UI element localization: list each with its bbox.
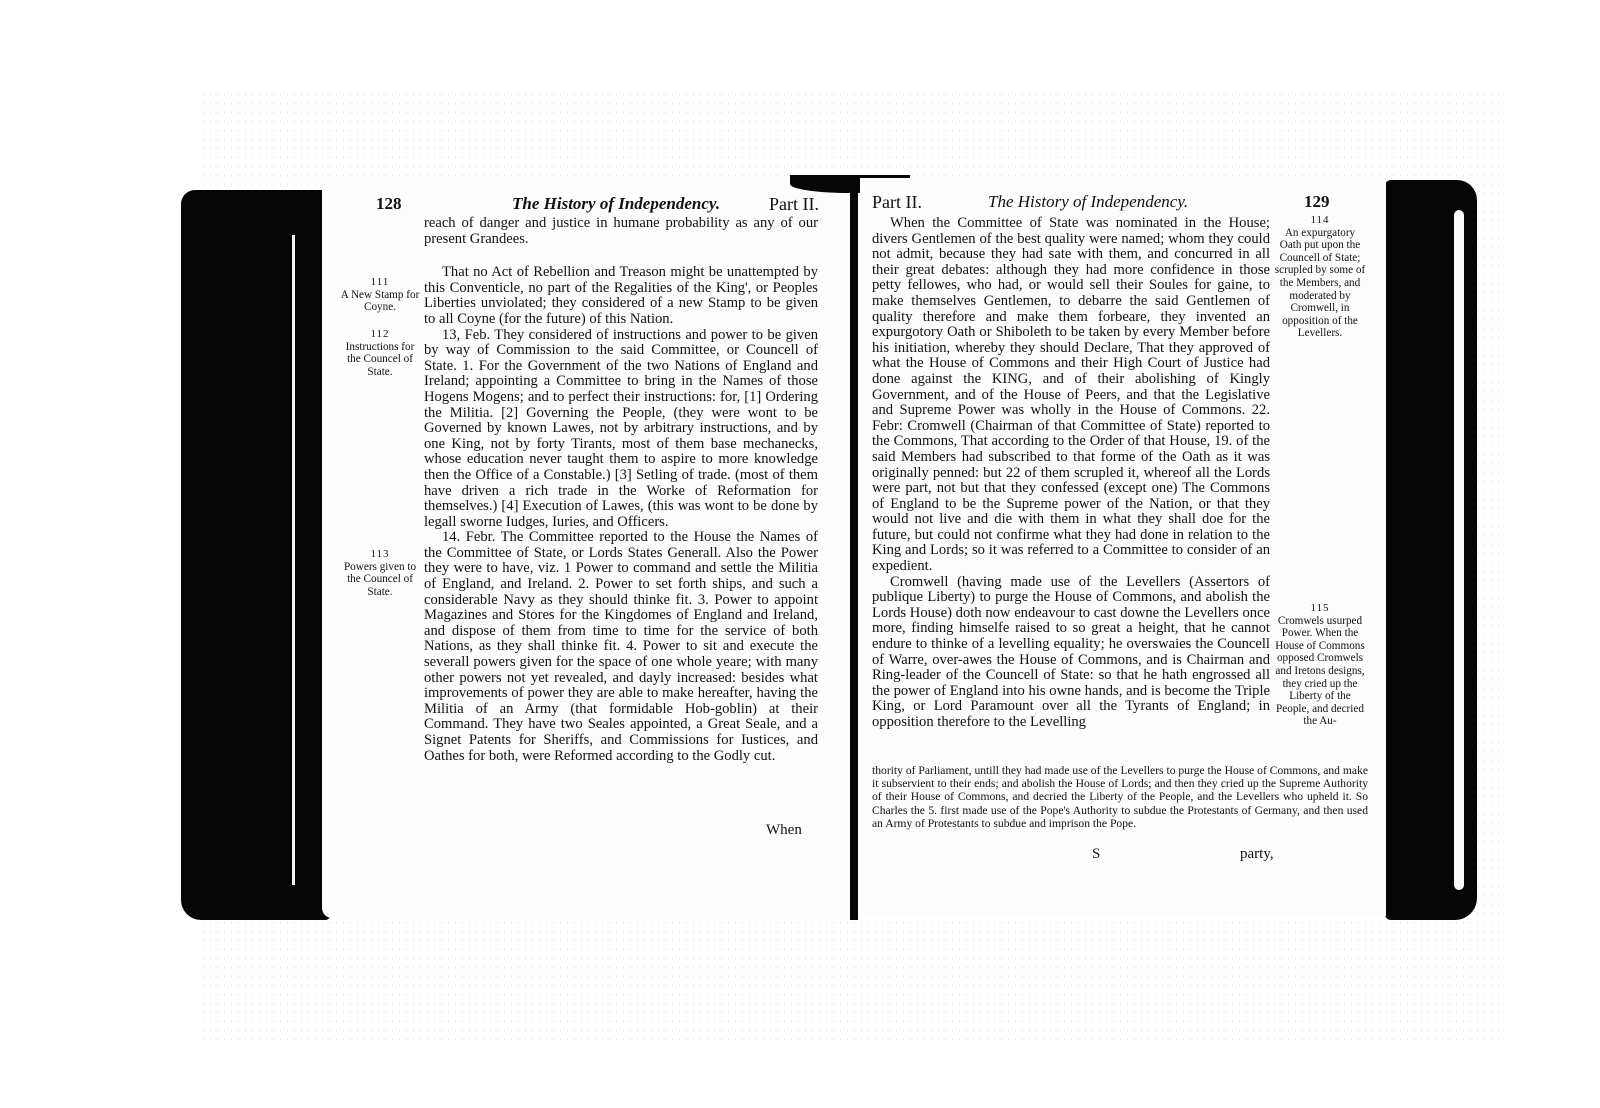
part-label: Part II.: [769, 194, 819, 215]
paragraph: That no Act of Rebellion and Treason mig…: [424, 265, 818, 327]
margin-note: 112 Instructions for the Councel of Stat…: [338, 328, 422, 378]
right-page: Part II. The History of Independency. 12…: [860, 178, 1386, 916]
paragraph: Cromwell (having made use of the Levelle…: [872, 575, 1270, 731]
book-cover-left: [181, 190, 331, 920]
running-title: The History of Independency.: [512, 194, 720, 214]
paragraph: When the Committee of State was nominate…: [872, 216, 1270, 575]
right-page-wide-text: thority of Parliament, untill they had m…: [872, 764, 1368, 830]
book-spine: [850, 180, 858, 920]
paragraph: reach of danger and justice in humane pr…: [424, 216, 818, 247]
paragraph: 13, Feb. They considered of instructions…: [424, 328, 818, 531]
paragraph: 14. Febr. The Committee reported to the …: [424, 530, 818, 764]
right-page-body: When the Committee of State was nominate…: [872, 216, 1270, 731]
margin-note: 111 A New Stamp for Coyne.: [338, 276, 422, 314]
running-title: The History of Independency.: [988, 192, 1188, 212]
margin-note: 114 An expurgatory Oath put upon the Cou…: [1274, 214, 1366, 340]
margin-note: 115 Cromwels usurped Power. When the Hou…: [1274, 602, 1366, 728]
part-label: Part II.: [872, 192, 922, 213]
paragraph: thority of Parliament, untill they had m…: [872, 764, 1368, 830]
page-number: 128: [376, 194, 402, 214]
page-number: 129: [1304, 192, 1330, 212]
catchword: party,: [1240, 846, 1274, 863]
left-page-body: reach of danger and justice in humane pr…: [424, 216, 818, 764]
book-cover-left-edge: [292, 235, 295, 885]
book-cover-right-edge: [1454, 210, 1464, 890]
catchword: When: [766, 822, 802, 839]
signature-mark: S: [1092, 846, 1100, 863]
margin-note: 113 Powers given to the Councel of State…: [338, 548, 422, 598]
left-page: 128 The History of Independency. Part II…: [322, 180, 850, 918]
